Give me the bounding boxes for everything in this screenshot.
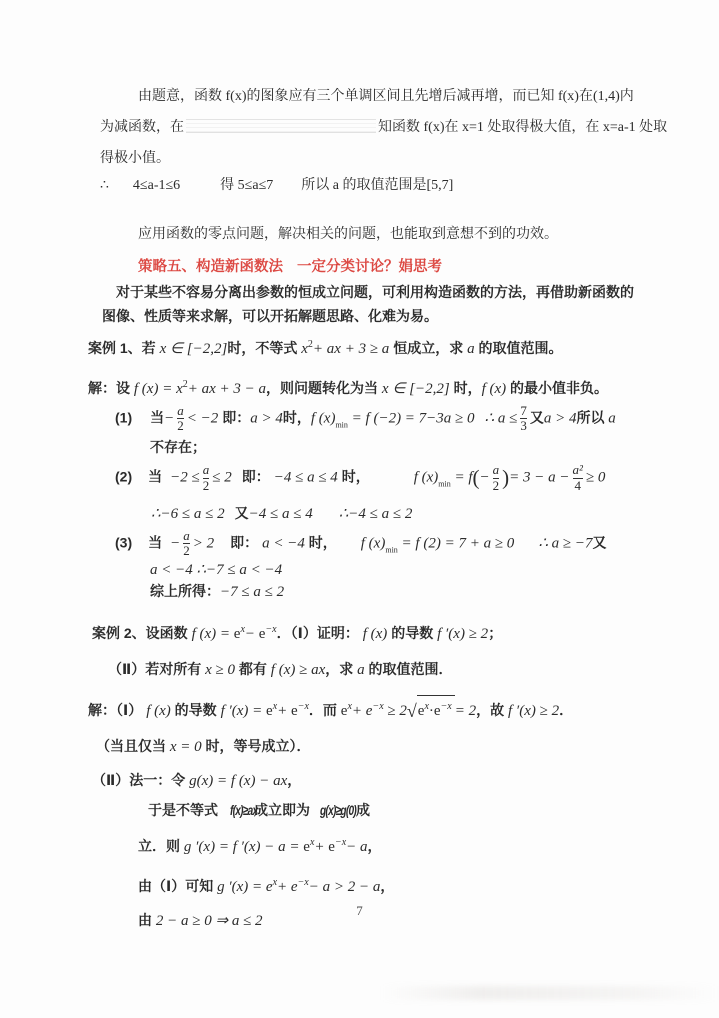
case1-solution-setup: 解：设 f (x) = x2+ ax + 3 − a，则问题转化为当 x ∈ […: [88, 374, 689, 400]
text-run: 不存在；: [150, 439, 206, 455]
text-run: = 3 − a −: [509, 470, 569, 486]
case2-method1-line3: 立．则 g ′(x) = f ′(x) − a = ex+ e−x− a，: [100, 832, 689, 858]
text-run: f ′(x) ≥ 2: [508, 703, 559, 719]
spacer: [273, 188, 301, 189]
text-run: f (x): [361, 535, 386, 551]
text-run: x = 0: [170, 739, 202, 755]
text-run: f ′(x) ≥ 2: [437, 626, 488, 642]
text-run: x ≥ 0: [205, 662, 235, 678]
superscript: −x: [265, 624, 276, 635]
text-run: f(x)≥ax: [230, 800, 257, 821]
text-run: ，: [287, 772, 301, 788]
text-run: g(x)≥g(0): [320, 800, 356, 821]
text-run: 的导数: [171, 702, 221, 718]
fraction: 73: [517, 404, 530, 434]
spacer: [132, 546, 148, 547]
fraction: a2: [180, 529, 193, 559]
text-run: f (x): [482, 381, 507, 397]
text-run: 当: [148, 469, 162, 485]
text-run: < −2: [187, 410, 219, 426]
text-run: g ′(x) = e: [217, 879, 272, 895]
text-run: 时，: [450, 380, 482, 396]
case1-item1-cont: 不存在；: [100, 437, 689, 459]
superscript: −x: [372, 701, 383, 712]
text-run: −4 ≤ a ≤ 4: [274, 470, 338, 486]
superscript: −x: [335, 837, 346, 848]
text-run: ，: [368, 838, 382, 854]
fraction-numerator: a²: [573, 463, 583, 477]
intro-bold-line1: 对于某些不容易分离出参数的恒成立问题，可利用构造函数的方法，再借助新函数的: [100, 282, 689, 304]
text-run: + e: [352, 703, 373, 719]
text-run: 成: [356, 802, 370, 818]
text-run: 成立即为: [254, 802, 310, 818]
fraction-numerator: a: [493, 463, 500, 477]
text-run: 案例 2、设函数: [92, 625, 192, 641]
spacer: [283, 270, 297, 271]
text-run: (3): [115, 534, 132, 550]
spacer: [162, 481, 170, 482]
text-run: 案例 1、若: [88, 340, 160, 356]
fraction: a2: [200, 463, 213, 493]
text-run: （Ⅱ）若对所有: [108, 661, 205, 677]
fraction-denominator: 2: [493, 478, 500, 493]
superscript: −x: [441, 701, 452, 712]
text-run: 的导数: [387, 625, 437, 641]
case1-item3: (3)当−a2> 2即：a < −4 时，f (x)min = f (2) = …: [100, 529, 689, 560]
text-run: = 2: [455, 703, 476, 719]
case1-summary: 综上所得：−7 ≤ a ≤ 2: [100, 581, 689, 603]
spacer: [162, 546, 170, 547]
text-run: > 2: [193, 535, 214, 551]
spacer: [225, 517, 235, 518]
fraction: a2: [490, 463, 503, 493]
text-run: ∴ a ≥ −7: [538, 535, 592, 551]
intro-bold-line2: 图像、性质等来求解，可以开拓解题思路、化难为易。: [100, 306, 689, 328]
superscript: −x: [298, 877, 309, 888]
text-run: 图像、性质等来求解，可以开拓解题思路、化难为易。: [102, 308, 438, 324]
text-run: −: [164, 410, 174, 426]
spacer: [310, 814, 320, 815]
text-run: ；: [488, 625, 502, 641]
text-run: f (x): [414, 470, 439, 486]
case1-item2-conclusion: ∴−6 ≤ a ≤ 2又−4 ≤ a ≤ 4∴−4 ≤ a ≤ 2: [100, 503, 689, 525]
page-number: 7: [356, 903, 363, 918]
fraction-denominator: 3: [520, 418, 527, 433]
text-run: 所以: [576, 409, 604, 425]
para-analysis-line1: 由题意，函数 f(x)的图象应有三个单调区间且先增后减再增，而已知 f(x)在(…: [100, 86, 689, 107]
text-run: 的最小值非负。: [506, 380, 608, 396]
text-run: 即：: [242, 469, 270, 485]
spacer: [514, 546, 538, 547]
text-run: a < −4 ∴−7 ≤ a < −4: [150, 562, 282, 578]
conclusion-range-a: ∴4≤a-1≤6得 5≤a≤7所以 a 的取值范围是[5,7]: [100, 175, 689, 196]
text-run: 策略五、构造新函数法: [138, 259, 283, 275]
fraction-denominator: 2: [183, 543, 190, 558]
text-run: f (x) =: [192, 626, 234, 642]
fraction-denominator: 2: [177, 418, 184, 433]
case1-item1: (1)当−a2< −2即：a > 4时，f (x)min = f (−2) = …: [100, 404, 689, 435]
text-run: ．而: [309, 702, 341, 718]
text-run: ∴: [100, 178, 109, 193]
text-run: a: [357, 662, 365, 678]
text-run: 得极小值。: [100, 151, 170, 166]
text-run: = f (2) = 7 + a ≥ 0: [398, 535, 515, 551]
spacer: [232, 481, 242, 482]
text-run: 恒成立，求: [389, 340, 467, 356]
spacer: [370, 481, 414, 482]
case2-method1-setup: （Ⅱ）法一：令 g(x) = f (x) − ax，: [92, 770, 689, 792]
fraction-numerator: 7: [520, 404, 527, 418]
spacer: [109, 188, 133, 189]
text-run: ≥ 2: [384, 703, 407, 719]
text-run: 综上所得：: [150, 583, 220, 599]
text-run: 对于某些不容易分离出参数的恒成立问题，可利用构造函数的方法，再借助新函数的: [116, 284, 634, 300]
text-run: −7 ≤ a ≤ 2: [220, 584, 284, 600]
fraction-denominator: 2: [203, 478, 210, 493]
text-run: e: [434, 703, 441, 719]
text-run: 得 5≤a≤7: [220, 178, 273, 193]
superscript: −x: [298, 701, 309, 712]
text-run: (1): [115, 409, 132, 425]
text-run: 的取值范围．: [365, 661, 453, 677]
case2-solution-part1: 解：（Ⅰ）f (x) 的导数 f ′(x) = ex+ e−x．而 ex+ e−…: [88, 695, 689, 722]
text-run: ∴ a ≤: [485, 410, 518, 426]
para-zero-point: 应用函数的零点问题，解决相关的问题，也能取到意想不到的功效。: [100, 224, 689, 245]
spacer: [115, 517, 151, 518]
text-run: 为减函数，在: [100, 120, 184, 135]
text-run: 即：: [230, 534, 258, 550]
square-root: √ex·e−x: [407, 695, 455, 722]
text-run: g(x) = f (x) − ax: [189, 773, 287, 789]
spacer: [218, 814, 230, 815]
text-run: 都有: [235, 661, 271, 677]
text-run: a: [467, 341, 475, 357]
text-run: ，: [380, 878, 394, 894]
text-run: 时，不等式: [227, 340, 301, 356]
text-run: 即：: [222, 409, 250, 425]
scan-smudge: [380, 986, 719, 1000]
case2-method1-line4: 由（Ⅰ）可知 g ′(x) = ex+ e−x− a > 2 − a，: [100, 872, 689, 898]
case2-statement: 案例 2、设函数 f (x) = ex− e−x．（Ⅰ）证明： f (x) 的导…: [92, 619, 689, 645]
spacer: [180, 188, 220, 189]
text-run: +: [277, 703, 291, 719]
spacer: [132, 481, 148, 482]
text-run: e: [328, 839, 335, 855]
spacer: [337, 546, 361, 547]
text-run: (2): [115, 469, 132, 485]
radical-sign: √: [407, 701, 417, 721]
subscript: min: [438, 480, 450, 489]
case2-part2-statement: （Ⅱ）若对所有 x ≥ 0 都有 f (x) ≥ ax，求 a 的取值范围．: [100, 659, 689, 681]
text-run: x ∈ [−2,2]: [160, 341, 228, 357]
fraction-numerator: a: [177, 404, 184, 418]
text-run: 应用函数的零点问题，解决相关的问题，也能取到意想不到的功效。: [138, 227, 558, 242]
text-run: −: [170, 535, 180, 551]
spacer: [132, 421, 150, 422]
section-heading: 策略五、构造新函数法一定分类讨论？娟思考: [100, 257, 689, 278]
text-run: − a: [346, 839, 367, 855]
text-run: 的取值范围。: [475, 340, 563, 356]
fraction-numerator: a: [183, 529, 190, 543]
text-run: 又: [530, 409, 544, 425]
text-run: f (x): [146, 703, 171, 719]
text-run: +: [314, 839, 328, 855]
text-run: 立．则: [138, 838, 184, 854]
text-run: f (x) ≥ ax: [271, 662, 325, 678]
text-run: 又: [235, 505, 249, 521]
text-run: −: [245, 626, 259, 642]
case2-method1-line2: 于是不等式f(x)≥ax成立即为g(x)≥g(0)成: [100, 800, 689, 822]
text-run: ．: [559, 702, 573, 718]
spacer: [475, 421, 485, 422]
text-run: (: [473, 466, 480, 490]
case1-statement: 案例 1、若 x ∈ [−2,2]时，不等式 x2+ ax + 3 ≥ a 恒成…: [88, 334, 689, 360]
subscript: min: [335, 420, 347, 429]
case2-equality-note: （当且仅当 x = 0 时，等号成立）．: [96, 736, 689, 758]
text-run: 一定分类讨论？娟思考: [297, 259, 442, 275]
text-run: g ′(x) = f ′(x) − a =: [184, 839, 303, 855]
text-run: + ax + 3 − a: [188, 381, 266, 397]
text-run: 解：设: [88, 380, 134, 396]
subscript: min: [385, 545, 397, 554]
text-run: = f: [451, 470, 473, 486]
text-run: f ′(x) =: [221, 703, 266, 719]
text-run: f (x) = x: [134, 381, 183, 397]
spacer: [214, 546, 230, 547]
text-run: 又: [592, 534, 606, 550]
text-run: ≤ 2: [212, 470, 231, 486]
text-run: 时，: [338, 469, 370, 485]
text-run: 由题意，函数 f(x)的图象应有三个单调区间且先增后减再增，而已知 f(x)在(…: [138, 89, 634, 104]
page-content: 由题意，函数 f(x)的图象应有三个单调区间且先增后减再增，而已知 f(x)在(…: [0, 0, 719, 932]
text-run: + e: [277, 879, 298, 895]
text-run: 于是不等式: [148, 802, 218, 818]
fraction: a2: [174, 404, 187, 434]
fraction-numerator: a: [203, 463, 210, 477]
text-run: −: [480, 470, 490, 486]
text-run: a < −4: [262, 535, 305, 551]
text-run: f (x): [311, 410, 336, 426]
text-run: −4 ≤ a ≤ 4: [249, 506, 313, 522]
case1-item2: (2)当−2 ≤a2≤ 2即：−4 ≤ a ≤ 4 时，f (x)min = f…: [100, 463, 689, 494]
text-run: ∴−6 ≤ a ≤ 2: [151, 506, 225, 522]
text-run: x ∈ [−2,2]: [382, 381, 450, 397]
fraction-denominator: 4: [573, 478, 583, 493]
case1-item3-cont: a < −4 ∴−7 ≤ a < −4: [100, 560, 689, 581]
redacted-region: [186, 119, 376, 133]
spacer: [313, 517, 339, 518]
text-run: a > 4: [544, 410, 577, 426]
text-run: ∴−4 ≤ a ≤ 2: [339, 506, 413, 522]
text-run: 时，: [305, 534, 337, 550]
page-footer: 7: [0, 903, 719, 919]
text-run: ，故: [476, 702, 508, 718]
text-run: a: [604, 410, 615, 426]
text-run: 4≤a-1≤6: [133, 178, 180, 193]
text-run: −2 ≤: [170, 470, 200, 486]
text-run: x: [301, 341, 308, 357]
text-run: ．（Ⅰ）证明：: [277, 625, 363, 641]
text-run: a > 4: [250, 410, 283, 426]
text-run: 由（Ⅰ）可知: [138, 878, 217, 894]
text-run: 所以 a 的取值范围是[5,7]: [301, 178, 453, 193]
text-run: 解：（Ⅰ）: [88, 702, 142, 718]
fraction: a²4: [570, 463, 586, 493]
text-run: 时，等号成立）．: [202, 738, 311, 754]
text-run: （Ⅱ）法一：令: [92, 772, 189, 788]
text-run: e: [266, 703, 273, 719]
text-run: = f (−2) = 7−3a ≥ 0: [348, 410, 475, 426]
para-analysis-line3: 得极小值。: [100, 148, 689, 169]
text-run: 当: [148, 534, 162, 550]
text-run: 知函数 f(x)在 x=1 处取得极大值，在 x=a-1 处取: [378, 120, 667, 135]
document-page: 由题意，函数 f(x)的图象应有三个单调区间且先增后减再增，而已知 f(x)在(…: [0, 0, 719, 1018]
text-run: 时，: [283, 409, 311, 425]
para-analysis-line2: 为减函数，在知函数 f(x)在 x=1 处取得极大值，在 x=a-1 处取: [100, 117, 689, 138]
text-run: + ax + 3 ≥ a: [313, 341, 389, 357]
text-run: 当: [150, 409, 164, 425]
text-run: f (x): [363, 626, 388, 642]
text-run: ，则问题转化为当: [266, 380, 382, 396]
text-run: ，求: [325, 661, 357, 677]
text-run: − a > 2 − a: [309, 879, 381, 895]
text-run: e: [291, 703, 298, 719]
text-run: ≥ 0: [586, 470, 605, 486]
text-run: e: [303, 839, 310, 855]
radicand: ex·e−x: [417, 695, 455, 722]
text-run: （当且仅当: [96, 738, 170, 754]
